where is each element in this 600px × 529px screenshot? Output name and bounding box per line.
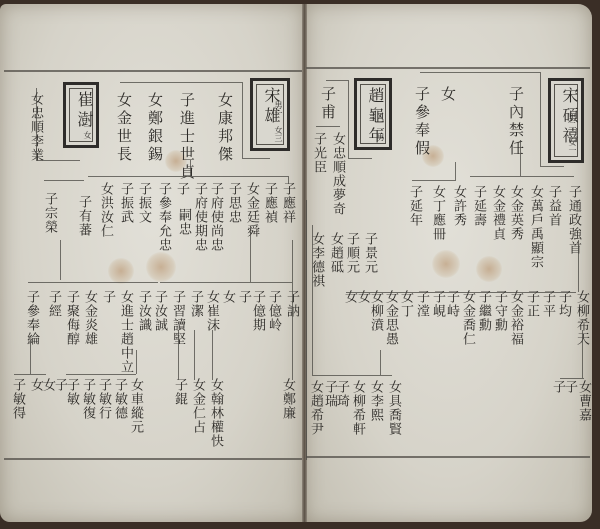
entry: 女忠順成夢奇 <box>330 132 344 216</box>
heading-box-choi-su: 崔澍 一女 <box>63 82 99 148</box>
entry: 女崔沫 <box>204 290 218 332</box>
entry: 女柳希天 <box>574 290 588 346</box>
lineage-line <box>30 340 31 374</box>
entry: 子潔 <box>188 290 202 318</box>
lineage-line <box>380 350 381 375</box>
entry: 子漟 <box>414 290 428 318</box>
entry: 女翰林權快 <box>208 378 222 448</box>
lineage-line <box>348 80 349 158</box>
entry: 女金世長 <box>117 92 131 164</box>
entry: 子府使期忠 <box>192 182 206 252</box>
entry: 子參奉綸 <box>24 290 38 346</box>
entry: 子光臣 <box>311 132 325 174</box>
lineage-line <box>540 166 564 167</box>
lineage-line <box>212 330 213 380</box>
entry: 女忠順李業 <box>28 92 42 162</box>
entry: 子進士世貞 <box>180 92 194 182</box>
entry: 子參奉允忠 <box>156 182 170 252</box>
entry: 女趙砥 <box>328 232 342 274</box>
entry: 女進士趙中立 <box>118 290 132 374</box>
lineage-line <box>316 126 340 127</box>
entry: 女李熙 <box>368 380 382 422</box>
entry: 女 <box>28 378 42 392</box>
entry: 子應禎 <box>262 182 276 224</box>
entry: 子 <box>550 380 564 394</box>
entry: 子瑞 <box>322 380 336 408</box>
entry: 子益首 <box>546 185 560 227</box>
entry: 子 <box>174 182 188 196</box>
heading-note: 男一 女三 <box>274 101 283 142</box>
entry: 子正 <box>524 290 538 318</box>
lineage-line <box>242 158 270 159</box>
entry: 女丁 <box>398 290 412 318</box>
lineage-line <box>470 176 574 177</box>
entry: 女金禮貞 <box>490 185 504 241</box>
entry: 子均 <box>556 290 570 318</box>
lineage-line <box>28 282 158 283</box>
stain <box>432 250 460 278</box>
entry: 女康邦傑 <box>218 92 232 164</box>
entry: 女金仁占 <box>190 378 204 434</box>
lineage-line <box>178 330 179 380</box>
lineage-line <box>560 378 584 379</box>
lineage-line <box>36 160 80 161</box>
heading-box-song-seok-hui: 宋碩禧 男二 女一 <box>548 78 584 163</box>
entry: 子甫 <box>321 86 335 122</box>
entry: 女 <box>220 290 234 304</box>
entry: 子峙 <box>444 290 458 318</box>
entry: 女金英秀 <box>508 185 522 241</box>
bottom-rule-right <box>306 456 590 458</box>
entry: 女鄭廉 <box>280 378 294 420</box>
heading-box-song-woong: 宋雄 男一 女三 <box>250 78 290 151</box>
lineage-line <box>540 72 541 166</box>
lineage-line <box>160 282 292 283</box>
entry: 女金裕福 <box>508 290 522 346</box>
top-rule-left <box>4 70 302 72</box>
entry: 子繼勳 <box>476 290 490 332</box>
entry: 子延年 <box>407 185 421 227</box>
lineage-line <box>190 160 191 176</box>
lineage-line <box>578 240 579 292</box>
entry: 嗣忠 <box>176 208 190 236</box>
lineage-line <box>412 180 456 181</box>
lineage-line <box>120 82 242 83</box>
entry: 子平 <box>540 290 554 318</box>
entry: 子振文 <box>136 182 150 224</box>
lineage-line <box>60 240 61 280</box>
entry: 女萬戶禹顯宗 <box>528 185 542 269</box>
stain <box>146 252 176 282</box>
entry: 子有蕃 <box>76 195 90 237</box>
entry: 子敏復 <box>80 378 94 420</box>
lineage-line <box>194 330 195 380</box>
entry: 子敏行 <box>96 378 110 420</box>
entry: 女具喬賢 <box>386 380 400 436</box>
entry: 子守勳 <box>492 290 506 332</box>
entry: 女金廷舜 <box>244 182 258 238</box>
entry: 女車縱元 <box>128 378 142 434</box>
entry: 子宗榮 <box>42 192 56 234</box>
entry: 子 <box>236 290 250 304</box>
entry: 女曹嘉 <box>576 380 590 422</box>
heading-note: 男二 女一 <box>568 113 577 154</box>
entry: 子汝識 <box>136 290 150 332</box>
lineage-line <box>242 82 243 158</box>
entry: 子敏德 <box>112 378 126 420</box>
entry: 子峴 <box>430 290 444 318</box>
entry: 子延壽 <box>471 185 485 227</box>
entry: 子順元 <box>344 232 358 274</box>
lineage-line <box>44 180 84 181</box>
entry: 子府使尚忠 <box>208 182 222 252</box>
entry: 子振武 <box>118 182 132 224</box>
bottom-rule-left <box>4 458 302 460</box>
lineage-line <box>582 330 583 378</box>
entry: 子聚侮醇 <box>64 290 78 346</box>
entry: 女金思愚 <box>383 290 397 346</box>
entry: 女金喬仁 <box>460 290 474 346</box>
entry: 子應祥 <box>280 182 294 224</box>
entry: 女柳希軒 <box>350 380 364 436</box>
entry: 子景元 <box>362 232 376 274</box>
entry: 女鄭銀錫 <box>148 92 162 164</box>
lineage-line <box>14 374 46 375</box>
entry: 子億岭 <box>266 290 280 332</box>
lineage-line <box>455 162 456 180</box>
entry: 子習讀堅 <box>170 290 184 346</box>
lineage-line <box>520 140 521 176</box>
lineage-line <box>136 350 137 374</box>
lineage-line <box>88 176 288 177</box>
left-border-line <box>306 200 307 460</box>
lineage-line <box>348 158 372 159</box>
heading-box-jo-gwi-nyeon: 趙龜年 一男 <box>354 78 392 150</box>
entry: 子錕 <box>172 378 186 406</box>
entry: 子思忠 <box>226 182 240 224</box>
entry: 子敏得 <box>10 378 24 420</box>
heading-note: 一男 <box>376 125 385 141</box>
entry: 子參奉假 <box>415 86 429 158</box>
lineage-line <box>288 176 289 184</box>
stain <box>108 258 134 284</box>
stain <box>476 256 502 282</box>
lineage-line <box>292 240 293 380</box>
heading-note: 一女 <box>83 123 92 139</box>
entry: 女許秀 <box>451 185 465 227</box>
lineage-line <box>346 292 576 293</box>
top-rule-right <box>306 67 590 69</box>
entry: 女洪汝仁 <box>98 182 112 238</box>
lineage-line <box>312 225 313 375</box>
lineage-line <box>250 226 251 282</box>
lineage-line <box>66 374 136 375</box>
entry: 子訥 <box>284 290 298 318</box>
entry: 女丁應冊 <box>430 185 444 241</box>
lineage-line <box>312 375 392 376</box>
lineage-line <box>36 88 37 160</box>
lineage-line <box>326 80 348 81</box>
entry: 女柳濆 <box>368 290 382 332</box>
entry: 子億期 <box>250 290 264 332</box>
lineage-line <box>420 72 540 73</box>
entry: 子汝誠 <box>152 290 166 332</box>
entry: 女 <box>441 86 455 104</box>
entry: 子 <box>100 290 114 304</box>
entry: 女金炎雄 <box>82 290 96 346</box>
entry: 子經 <box>46 290 60 318</box>
entry: 女趙希尹 <box>308 380 322 436</box>
